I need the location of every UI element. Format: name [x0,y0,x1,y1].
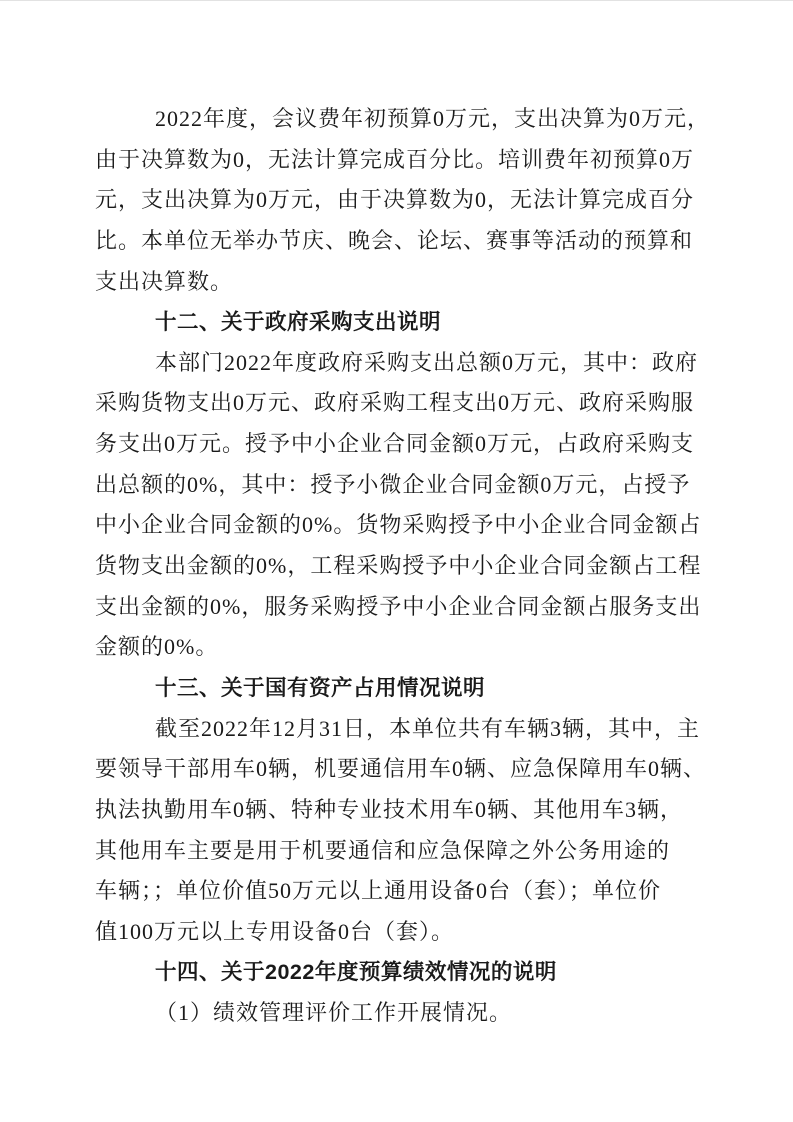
heading-state-assets: 十三、关于国有资产占用情况说明 [95,668,703,709]
para-conference-training-line: 由于决算数为0，无法计算完成百分比。培训费年初预算0万 [95,140,703,181]
para-gov-procurement-line: 本部门2022年度政府采购支出总额0万元，其中：政府 [95,343,703,384]
para-state-assets-line: 车辆；；单位价值50万元以上通用设备0台（套）；单位价 [95,871,703,912]
document-content: 2022年度，会议费年初预算0万元，支出决算为0万元， 由于决算数为0，无法计算… [95,99,703,1034]
para-conference-training-line: 元，支出决算为0万元，由于决算数为0，无法计算完成百分 [95,180,703,221]
para-gov-procurement-line: 支出金额的0%，服务采购授予中小企业合同金额占服务支出 [95,587,703,628]
heading-budget-performance: 十四、关于2022年度预算绩效情况的说明 [95,952,703,993]
para-gov-procurement-line: 金额的0%。 [95,627,703,668]
para-state-assets-line: 其他用车主要是用于机要通信和应急保障之外公务用途的 [95,831,703,872]
heading-gov-procurement: 十二、关于政府采购支出说明 [95,302,703,343]
para-state-assets-line: 执法执勤用车0辆、特种专业技术用车0辆、其他用车3辆， [95,790,703,831]
document-page: 2022年度，会议费年初预算0万元，支出决算为0万元， 由于决算数为0，无法计算… [0,0,793,1122]
para-gov-procurement-line: 出总额的0%，其中：授予小微企业合同金额0万元，占授予 [95,465,703,506]
para-conference-training-line: 2022年度，会议费年初预算0万元，支出决算为0万元， [95,99,703,140]
para-gov-procurement-line: 中小企业合同金额的0%。货物采购授予中小企业合同金额占 [95,505,703,546]
para-conference-training-line: 支出决算数。 [95,262,703,303]
para-state-assets-line: 要领导干部用车0辆，机要通信用车0辆、应急保障用车0辆、 [95,749,703,790]
para-gov-procurement-line: 务支出0万元。授予中小企业合同金额0万元，占政府采购支 [95,424,703,465]
para-gov-procurement-line: 货物支出金额的0%，工程采购授予中小企业合同金额占工程 [95,546,703,587]
para-state-assets-line: 截至2022年12月31日，本单位共有车辆3辆，其中，主 [95,709,703,750]
para-performance-evaluation-line: （1）绩效管理评价工作开展情况。 [95,993,703,1034]
para-state-assets-line: 值100万元以上专用设备0台（套）。 [95,912,703,953]
para-gov-procurement-line: 采购货物支出0万元、政府采购工程支出0万元、政府采购服 [95,383,703,424]
para-conference-training-line: 比。本单位无举办节庆、晚会、论坛、赛事等活动的预算和 [95,221,703,262]
